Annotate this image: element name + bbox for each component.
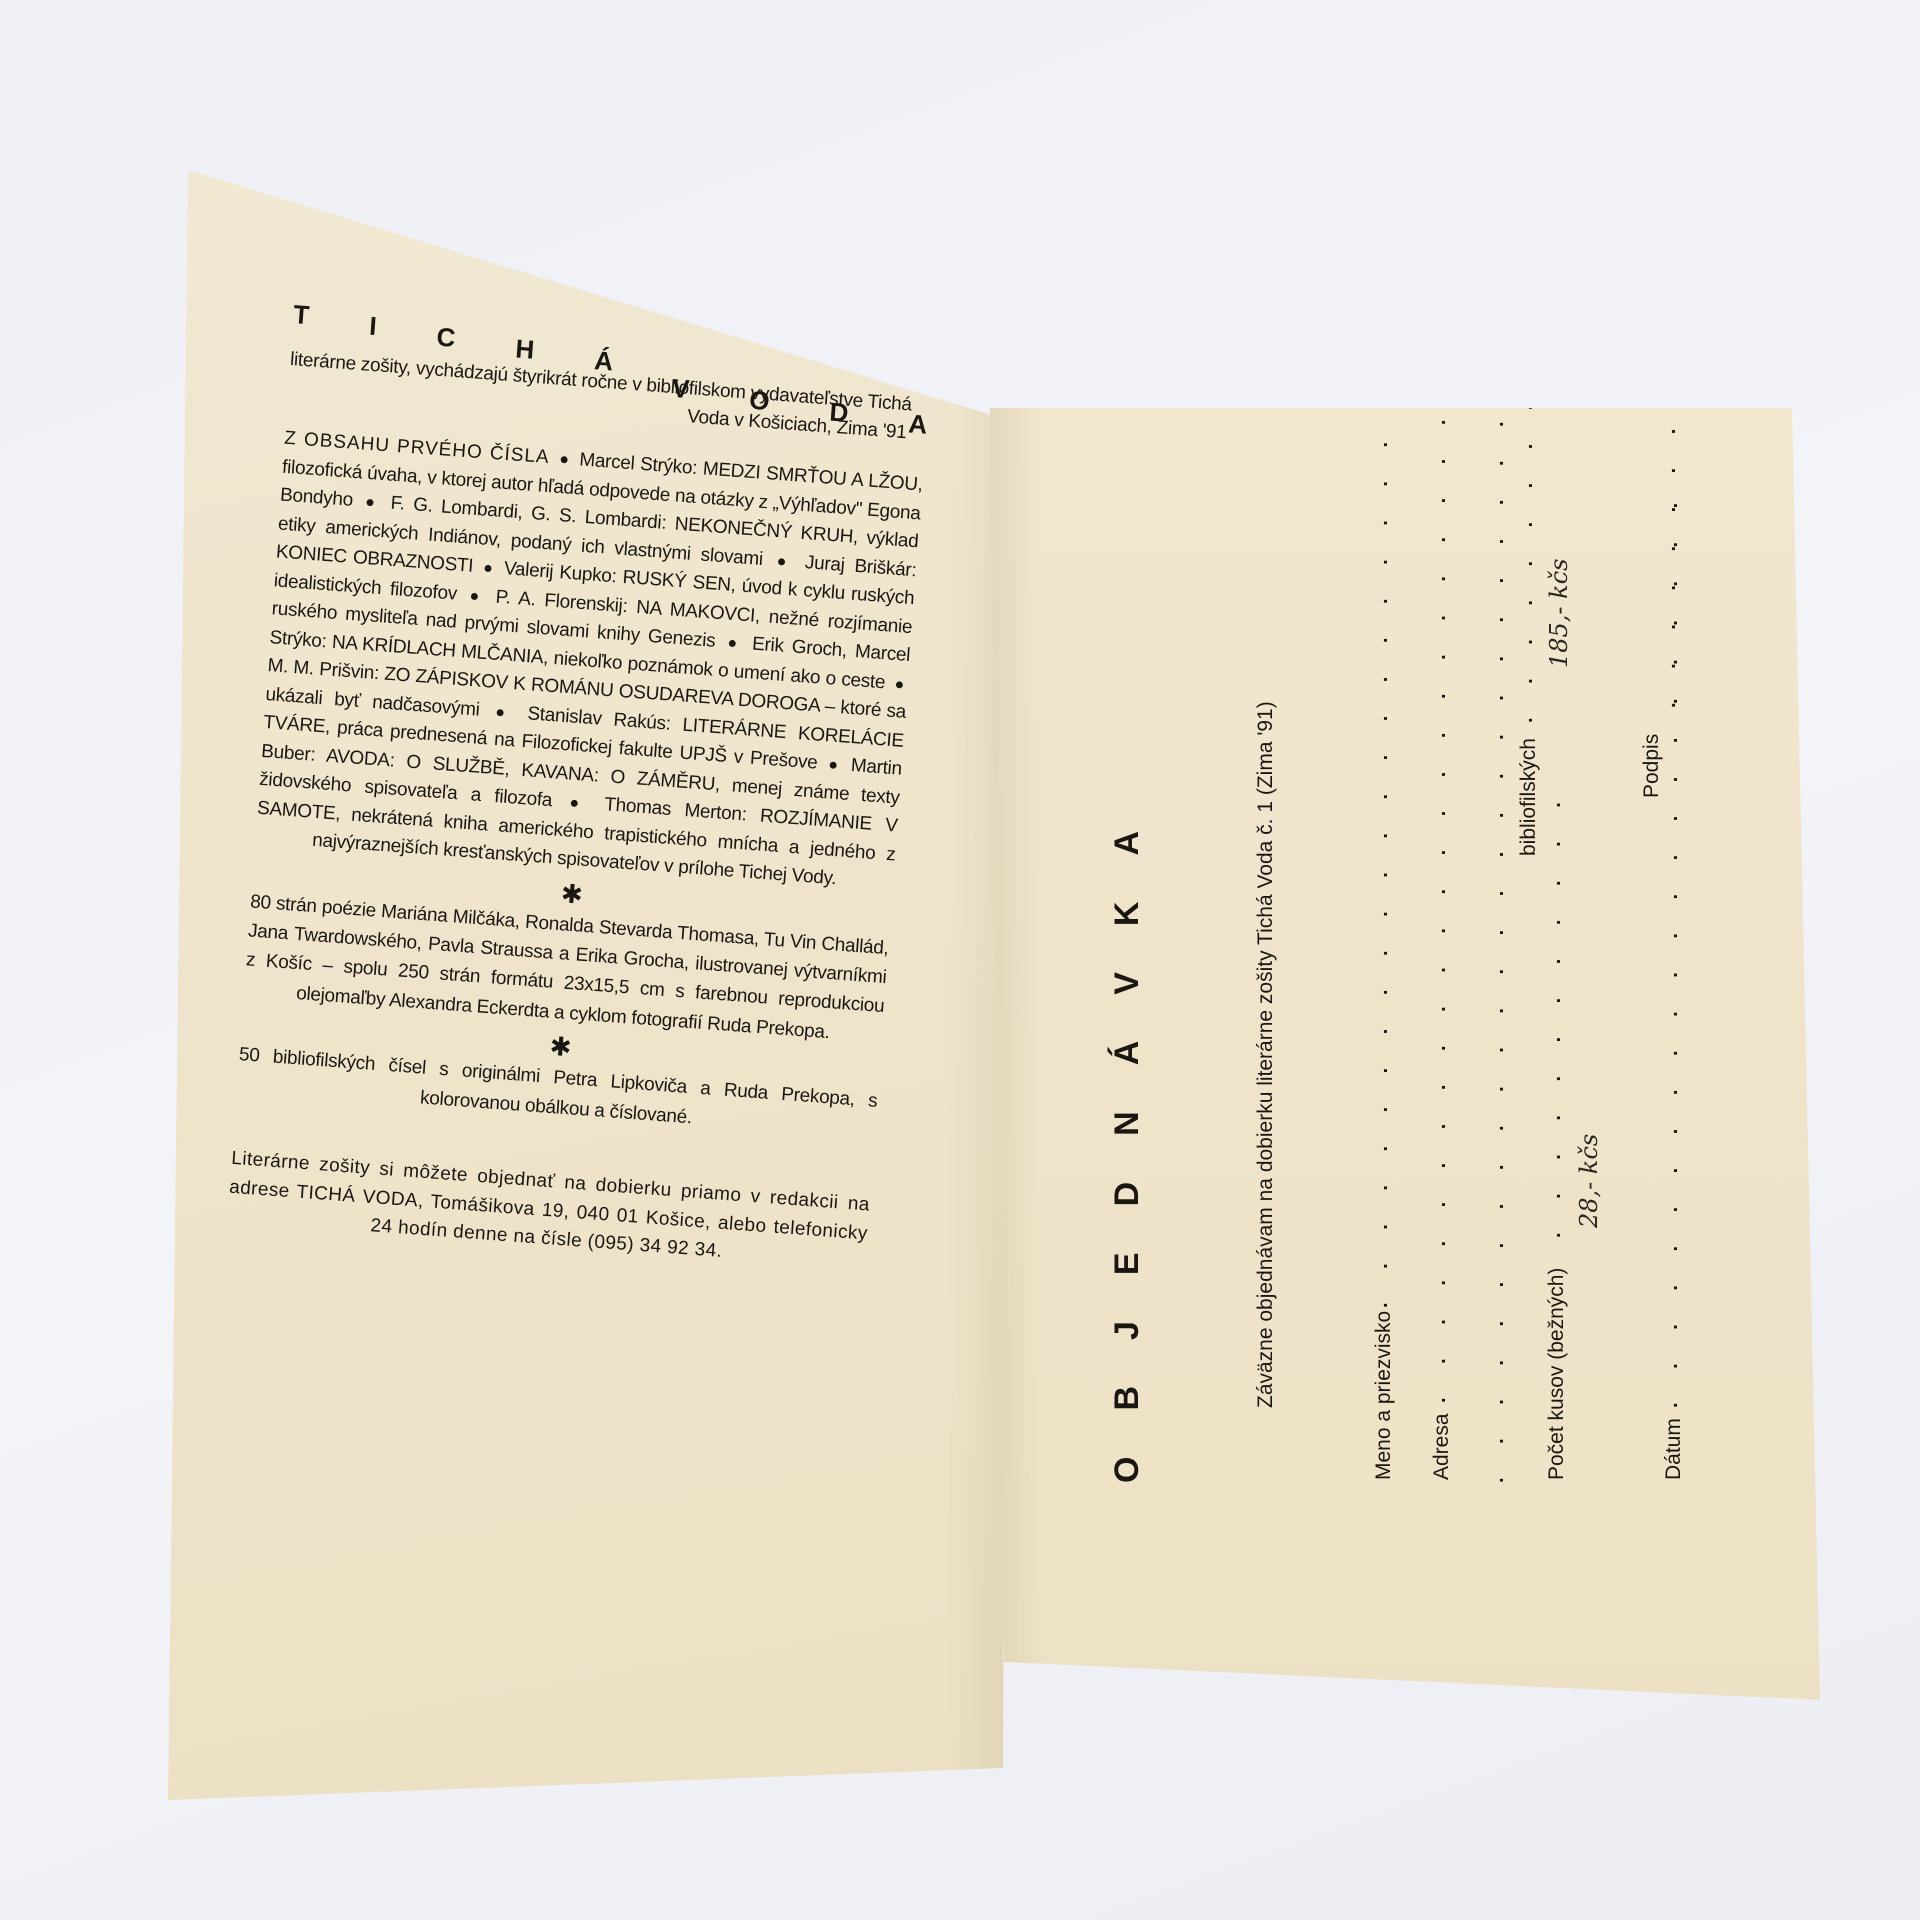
count-regular-input[interactable]: . . . . . . . . . . . . (1543, 788, 1566, 1238)
count-regular-label: Počet kusov (bežných) (1545, 1268, 1569, 1480)
bullet-icon: ● (495, 703, 512, 721)
name-field-input[interactable]: . . . . . . . . . . . . . . . . . . . . … (1370, 154, 1393, 1308)
order-form: OBJEDNÁVKA Záväzne objednávam na dobierk… (990, 408, 1830, 1700)
address-line-2-input[interactable]: . . . . . . . . . . . . . . . . . . . . … (1486, 329, 1509, 1483)
order-form-title: OBJEDNÁVKA (1108, 785, 1147, 1483)
table-of-contents: Z obsahu prvého čísla ● Marcel Strýko: M… (254, 425, 924, 898)
title-letter: A (907, 403, 928, 444)
address-field-label: Adresa (1430, 1413, 1454, 1480)
title-letter: V (671, 368, 691, 409)
count-bibliophile-input[interactable]: . . . . . . . . . . (1515, 351, 1538, 723)
title-letter: Á (593, 340, 614, 381)
signature-field-label: Podpis (1640, 734, 1664, 798)
bullet-icon: ● (559, 451, 570, 469)
address-field-input[interactable]: . . . . . . . . . . . . . . . . . . . . … (1428, 249, 1451, 1403)
bullet-icon: ● (727, 635, 741, 653)
bullet-icon: ● (828, 757, 841, 775)
bullet-icon: ● (365, 494, 379, 512)
title-letter: D (828, 392, 849, 433)
date-field-label: Dátum (1662, 1418, 1686, 1480)
count-regular-handwritten: 28,- kčs (1575, 1134, 1603, 1228)
leaflet-left-page: T I C H Á V O D A literárne zošity, vych… (168, 170, 1008, 1800)
name-field-label: Meno a priezvisko (1372, 1311, 1396, 1480)
order-form-intro: Záväzne objednávam na dobierku literárne… (1254, 701, 1278, 1408)
order-info-paragraph: Literárne zošity si môžete objednať na d… (226, 1145, 871, 1277)
left-page-content: T I C H Á V O D A literárne zošity, vych… (226, 320, 931, 1277)
title-letter: H (514, 328, 535, 369)
signature-field-input[interactable]: . . . . . . . . . . . . (1658, 258, 1681, 708)
bullet-icon: ● (569, 795, 588, 813)
bullet-icon: ● (483, 560, 495, 578)
title-letter: C (435, 317, 456, 358)
bullet-icon: ● (776, 553, 792, 571)
count-bibliophile-label: bibliofilských (1517, 738, 1541, 856)
title-letter: T (292, 294, 310, 335)
leaflet-right-page: OBJEDNÁVKA Záväzne objednávam na dobierk… (990, 408, 1830, 1700)
title-letter: O (748, 380, 771, 421)
title-letter: I (368, 306, 378, 346)
bullet-icon: ● (469, 587, 483, 605)
bullet-icon: ● (894, 676, 905, 694)
count-bibliophile-handwritten: 185,- kčs (1545, 559, 1573, 668)
